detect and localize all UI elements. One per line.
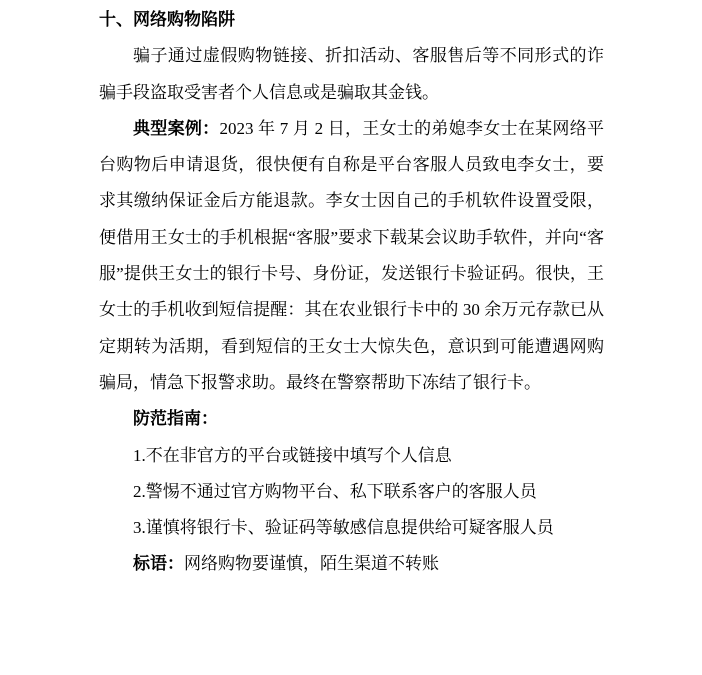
document-title: 十、网络购物陷阱 <box>99 2 604 38</box>
guide-item-3-text: 3.谨慎将银行卡、验证码等敏感信息提供给可疑客服人员 <box>133 518 554 537</box>
slogan-text: 网络购物要谨慎，陌生渠道不转账 <box>184 554 439 573</box>
slogan-label: 标语： <box>133 554 184 573</box>
guide-item-1-text: 1.不在非官方的平台或链接中填写个人信息 <box>133 446 452 465</box>
case-paragraph: 典型案例：2023 年 7 月 2 日，王女士的弟媳李女士在某网络平台购物后申请… <box>99 111 604 401</box>
guide-item-2-text: 2.警惕不通过官方购物平台、私下联系客户的客服人员 <box>133 482 537 501</box>
intro-paragraph: 骗子通过虚假购物链接、折扣活动、客服售后等不同形式的诈骗手段盗取受害者个人信息或… <box>99 38 604 111</box>
guide-heading: 防范指南： <box>99 401 604 437</box>
guide-item-3: 3.谨慎将银行卡、验证码等敏感信息提供给可疑客服人员 <box>99 510 604 546</box>
guide-heading-label: 防范指南： <box>133 409 218 428</box>
guide-item-2: 2.警惕不通过官方购物平台、私下联系客户的客服人员 <box>99 474 604 510</box>
document-content: 十、网络购物陷阱 骗子通过虚假购物链接、折扣活动、客服售后等不同形式的诈骗手段盗… <box>99 2 604 583</box>
case-label: 典型案例： <box>133 119 219 138</box>
intro-paragraph-text: 骗子通过虚假购物链接、折扣活动、客服售后等不同形式的诈骗手段盗取受害者个人信息或… <box>99 46 604 101</box>
document-page: 十、网络购物陷阱 骗子通过虚假购物链接、折扣活动、客服售后等不同形式的诈骗手段盗… <box>0 0 702 675</box>
case-paragraph-text: 2023 年 7 月 2 日，王女士的弟媳李女士在某网络平台购物后申请退货，很快… <box>99 119 604 392</box>
slogan-paragraph: 标语：网络购物要谨慎，陌生渠道不转账 <box>99 546 604 582</box>
guide-item-1: 1.不在非官方的平台或链接中填写个人信息 <box>99 438 604 474</box>
